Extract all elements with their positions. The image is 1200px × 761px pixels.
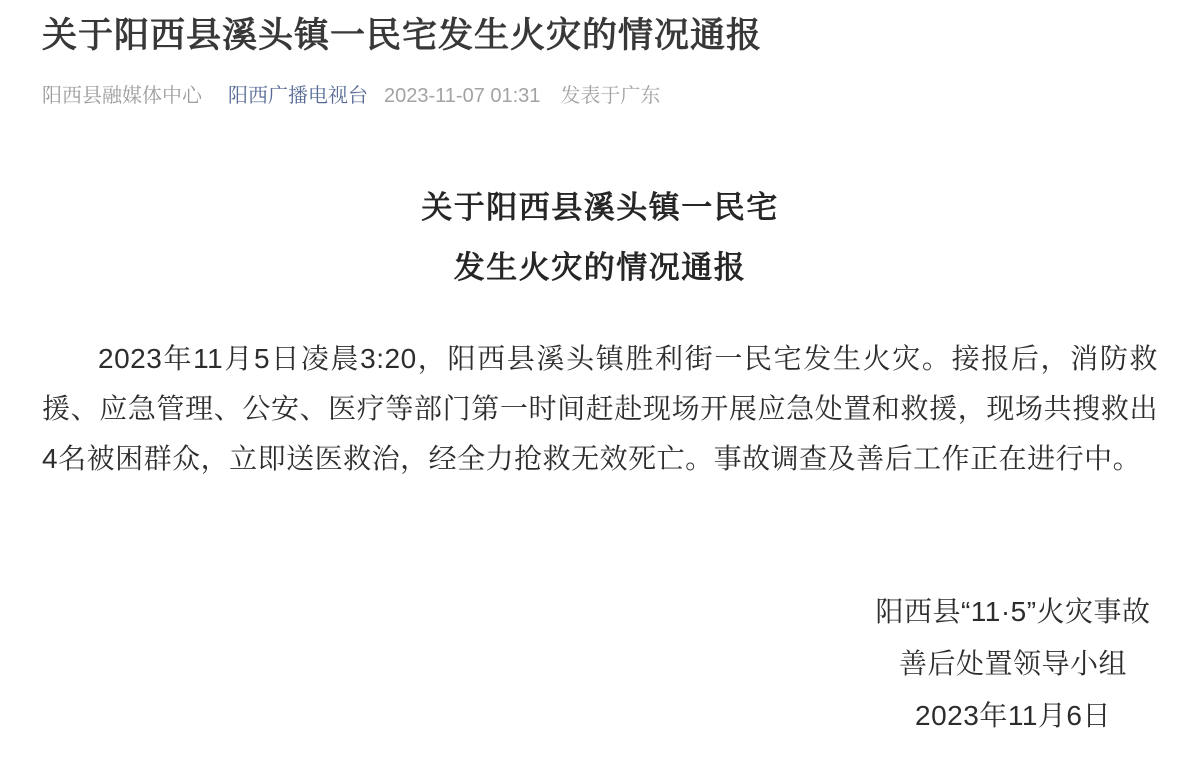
signature-org-line1: 阳西县“11·5”火灾事故 <box>868 586 1158 638</box>
notice-heading-line1: 关于阳西县溪头镇一民宅 <box>42 178 1158 238</box>
account-link[interactable]: 阳西广播电视台 <box>228 82 368 110</box>
signature-org-line2: 善后处置领导小组 <box>868 638 1158 690</box>
publish-region: 发表于广东 <box>560 82 660 110</box>
signature-date: 2023年11月6日 <box>868 690 1158 742</box>
notice-heading: 关于阳西县溪头镇一民宅 发生火灾的情况通报 <box>42 178 1158 298</box>
publish-datetime: 2023-11-07 01:31 <box>384 82 540 110</box>
article-meta: 阳西县融媒体中心 阳西广播电视台 2023-11-07 01:31 发表于广东 <box>42 82 1158 110</box>
signature-block: 阳西县“11·5”火灾事故 善后处置领导小组 2023年11月6日 <box>868 586 1158 742</box>
notice-body-paragraph: 2023年11月5日凌晨3:20，阳西县溪头镇胜利街一民宅发生火灾。接报后，消防… <box>42 334 1158 484</box>
article-title: 关于阳西县溪头镇一民宅发生火灾的情况通报 <box>42 14 1158 58</box>
author-name: 阳西县融媒体中心 <box>42 82 202 110</box>
article-page: 关于阳西县溪头镇一民宅发生火灾的情况通报 阳西县融媒体中心 阳西广播电视台 20… <box>0 0 1200 761</box>
notice-heading-line2: 发生火灾的情况通报 <box>42 238 1158 298</box>
